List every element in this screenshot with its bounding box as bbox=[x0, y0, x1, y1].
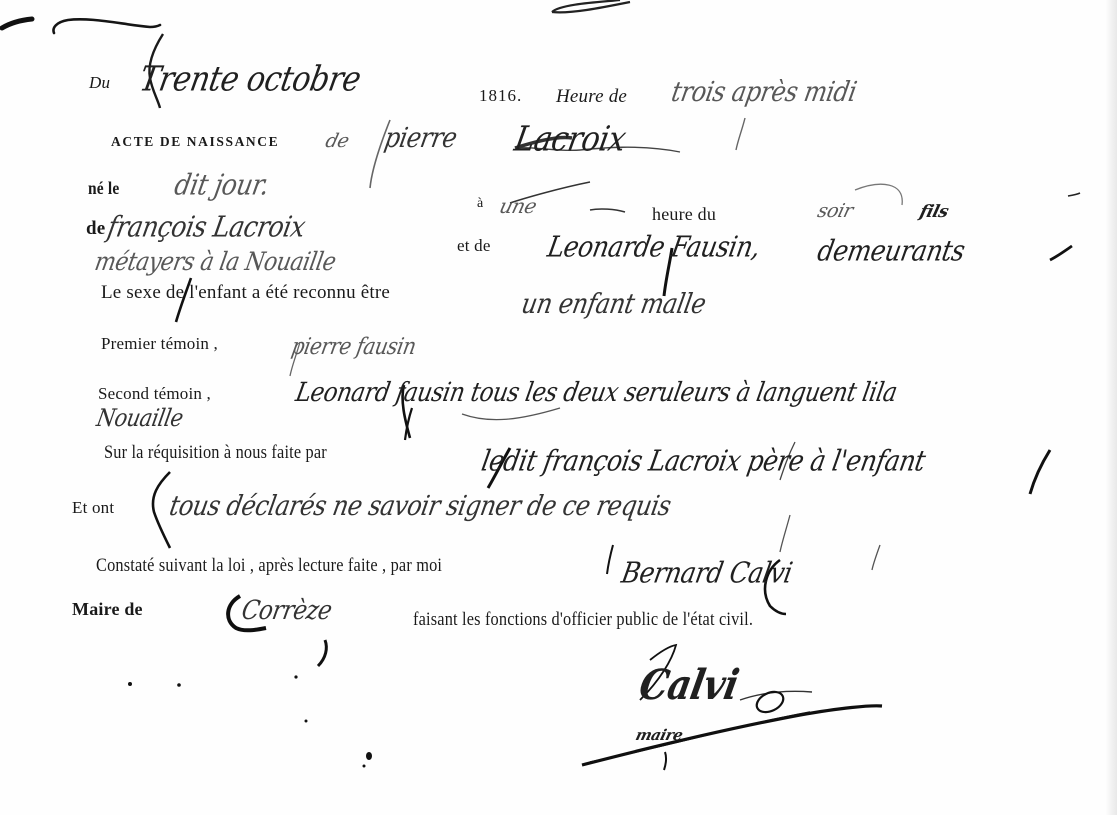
function-label: faisant les fonctions d'officier public … bbox=[413, 609, 753, 631]
acte-title: ACTE DE NAISSANCE bbox=[111, 134, 279, 150]
a-label: à bbox=[477, 196, 483, 212]
witness2-value-line1: Leonard fausin tous les deux seruleurs à… bbox=[293, 378, 899, 408]
page-edge-shadow bbox=[1105, 0, 1117, 815]
child-first-name: pierre bbox=[382, 122, 459, 154]
demeurants-handwritten: demeurants bbox=[815, 234, 967, 267]
parents-de-label: de bbox=[86, 218, 105, 240]
de-label: de bbox=[323, 130, 351, 152]
et-de-label: et de bbox=[457, 236, 491, 256]
mayor-title-handwritten: maire bbox=[634, 726, 685, 744]
sex-value-handwritten: un enfant malle bbox=[519, 288, 708, 320]
mother-handwritten: Leonarde Fausin, bbox=[545, 230, 763, 263]
witness2-label: Second témoin , bbox=[98, 384, 211, 404]
witness1-label: Premier témoin , bbox=[101, 334, 218, 354]
certification-label: Constaté suivant la loi , après lecture … bbox=[96, 555, 442, 577]
witness1-value-handwritten: pierre fausin bbox=[289, 332, 418, 360]
requisition-value-handwritten: ledit françois Lacroix père à l'enfant bbox=[479, 444, 928, 477]
ne-le-label: né le bbox=[88, 178, 119, 199]
father-handwritten: françois Lacroix bbox=[105, 210, 308, 243]
witness2-value-line2: Nouaille bbox=[94, 404, 185, 432]
commune-handwritten: Corrèze bbox=[239, 596, 334, 626]
maire-de-label: Maire de bbox=[72, 599, 143, 620]
child-surname: Lacroix bbox=[511, 119, 628, 159]
heure-label: Heure de bbox=[556, 86, 627, 108]
residence-handwritten: métayers à la Nouaille bbox=[92, 248, 338, 277]
mayor-name-handwritten: Bernard Calvi bbox=[619, 556, 795, 589]
birth-hour-handwritten: une bbox=[497, 194, 539, 218]
requisition-label: Sur la réquisition à nous faite par bbox=[104, 442, 327, 464]
mayor-signature: Calvi bbox=[636, 661, 743, 709]
date-handwritten: Trente octobre bbox=[136, 59, 364, 99]
birth-period-handwritten: soir bbox=[815, 200, 855, 222]
sex-label: Le sexe de l'enfant a été reconnu être bbox=[101, 282, 390, 304]
heure-du-label: heure du bbox=[652, 204, 716, 225]
et-ont-label: Et ont bbox=[72, 498, 114, 518]
birth-certificate-page: Du Trente octobre 1816. Heure de trois a… bbox=[0, 0, 1117, 815]
birth-date-handwritten: dit jour. bbox=[172, 168, 272, 201]
fils-handwritten: fils bbox=[918, 202, 951, 222]
heure-handwritten: trois après midi bbox=[669, 76, 859, 108]
signatures-value-handwritten: tous déclarés ne savoir signer de ce req… bbox=[167, 490, 673, 522]
year-label: 1816. bbox=[479, 86, 522, 106]
du-label: Du bbox=[89, 73, 110, 93]
